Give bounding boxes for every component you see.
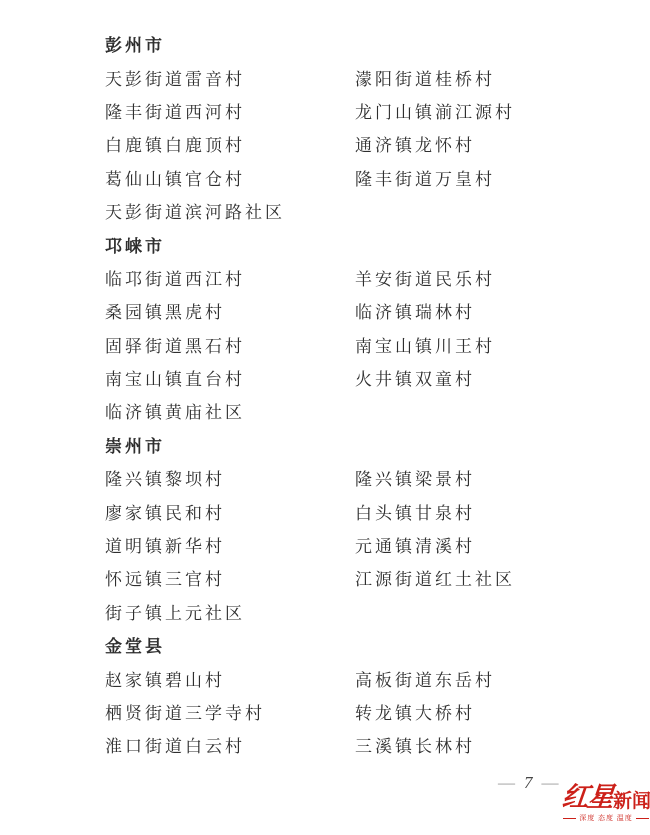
village-row: 葛仙山镇官仓村 隆丰街道万皇村 xyxy=(105,161,545,194)
village-name-right: 火井镇双童村 xyxy=(355,365,475,390)
village-name-right: 隆兴镇梁景村 xyxy=(355,465,475,490)
page-number-dash-left: — xyxy=(498,773,515,793)
village-name-left: 南宝山镇直台村 xyxy=(105,365,355,390)
page-number-value: 7 xyxy=(524,773,533,793)
village-name-right: 通济镇龙怀村 xyxy=(355,131,475,156)
section-heading-row: 彭州市 xyxy=(105,27,545,60)
village-row: 天彭街道滨河路社区 xyxy=(105,194,545,227)
village-row: 隆丰街道西河村 龙门山镇湔江源村 xyxy=(105,94,545,127)
village-name-right: 白头镇甘泉村 xyxy=(355,499,475,524)
village-name-right: 南宝山镇川王村 xyxy=(355,332,495,357)
village-row: 固驿街道黑石村 南宝山镇川王村 xyxy=(105,328,545,361)
page-number: — 7 — xyxy=(498,773,559,793)
logo-tagline: 深度 态度 温度 xyxy=(562,813,650,823)
village-list-document: 彭州市 天彭街道雷音村 濛阳街道桂桥村 隆丰街道西河村 龙门山镇湔江源村 白鹿镇… xyxy=(105,27,545,762)
village-row: 白鹿镇白鹿顶村 通济镇龙怀村 xyxy=(105,127,545,160)
village-name-left: 街子镇上元社区 xyxy=(105,599,355,624)
village-name-left: 白鹿镇白鹿顶村 xyxy=(105,131,355,156)
city-heading: 彭州市 xyxy=(105,31,165,56)
village-name-left: 天彭街道滨河路社区 xyxy=(105,198,355,223)
tagline-text: 深度 态度 温度 xyxy=(579,813,633,823)
village-row: 南宝山镇直台村 火井镇双童村 xyxy=(105,361,545,394)
village-name-left: 葛仙山镇官仓村 xyxy=(105,165,355,190)
logo-block-text: 新闻 xyxy=(613,792,650,811)
village-name-right: 江源街道红土社区 xyxy=(355,565,515,590)
village-name-left: 道明镇新华村 xyxy=(105,532,355,557)
city-heading: 邛崃市 xyxy=(105,232,165,257)
village-row: 临济镇黄庙社区 xyxy=(105,394,545,427)
village-name-right: 转龙镇大桥村 xyxy=(355,699,475,724)
redstar-news-logo: 红星 新闻 深度 态度 温度 xyxy=(562,784,650,823)
village-name-left: 廖家镇民和村 xyxy=(105,499,355,524)
village-name-right: 三溪镇长林村 xyxy=(355,732,475,757)
village-row: 街子镇上元社区 xyxy=(105,595,545,628)
village-row: 临邛街道西江村 羊安街道民乐村 xyxy=(105,261,545,294)
village-row: 隆兴镇黎坝村 隆兴镇梁景村 xyxy=(105,461,545,494)
logo-script-text: 红星 xyxy=(561,784,614,811)
village-name-left: 固驿街道黑石村 xyxy=(105,332,355,357)
village-name-left: 桑园镇黑虎村 xyxy=(105,298,355,323)
village-row: 赵家镇碧山村 高板街道东岳村 xyxy=(105,661,545,694)
village-row: 道明镇新华村 元通镇清溪村 xyxy=(105,528,545,561)
tagline-line-left xyxy=(563,818,576,819)
village-name-right: 羊安街道民乐村 xyxy=(355,265,495,290)
city-heading: 崇州市 xyxy=(105,432,165,457)
city-heading: 金堂县 xyxy=(105,632,165,657)
village-row: 天彭街道雷音村 濛阳街道桂桥村 xyxy=(105,60,545,93)
village-name-left: 隆兴镇黎坝村 xyxy=(105,465,355,490)
section-heading-row: 金堂县 xyxy=(105,628,545,661)
page-number-dash-right: — xyxy=(542,773,559,793)
village-name-left: 栖贤街道三学寺村 xyxy=(105,699,355,724)
village-row: 廖家镇民和村 白头镇甘泉村 xyxy=(105,494,545,527)
village-name-right: 元通镇清溪村 xyxy=(355,532,475,557)
village-row: 栖贤街道三学寺村 转龙镇大桥村 xyxy=(105,695,545,728)
village-name-left: 赵家镇碧山村 xyxy=(105,666,355,691)
village-name-left: 临济镇黄庙社区 xyxy=(105,398,355,423)
logo-wordmark: 红星 新闻 xyxy=(562,784,650,811)
village-row: 桑园镇黑虎村 临济镇瑞林村 xyxy=(105,294,545,327)
village-name-right: 高板街道东岳村 xyxy=(355,666,495,691)
village-name-right: 隆丰街道万皇村 xyxy=(355,165,495,190)
village-name-left: 淮口街道白云村 xyxy=(105,732,355,757)
section-heading-row: 崇州市 xyxy=(105,428,545,461)
village-row: 怀远镇三官村 江源街道红土社区 xyxy=(105,561,545,594)
village-name-right: 龙门山镇湔江源村 xyxy=(355,98,515,123)
village-row: 淮口街道白云村 三溪镇长林村 xyxy=(105,728,545,761)
tagline-line-right xyxy=(636,818,649,819)
village-name-left: 隆丰街道西河村 xyxy=(105,98,355,123)
village-name-left: 天彭街道雷音村 xyxy=(105,65,355,90)
village-name-right: 临济镇瑞林村 xyxy=(355,298,475,323)
village-name-left: 怀远镇三官村 xyxy=(105,565,355,590)
village-name-right: 濛阳街道桂桥村 xyxy=(355,65,495,90)
village-name-left: 临邛街道西江村 xyxy=(105,265,355,290)
section-heading-row: 邛崃市 xyxy=(105,227,545,260)
